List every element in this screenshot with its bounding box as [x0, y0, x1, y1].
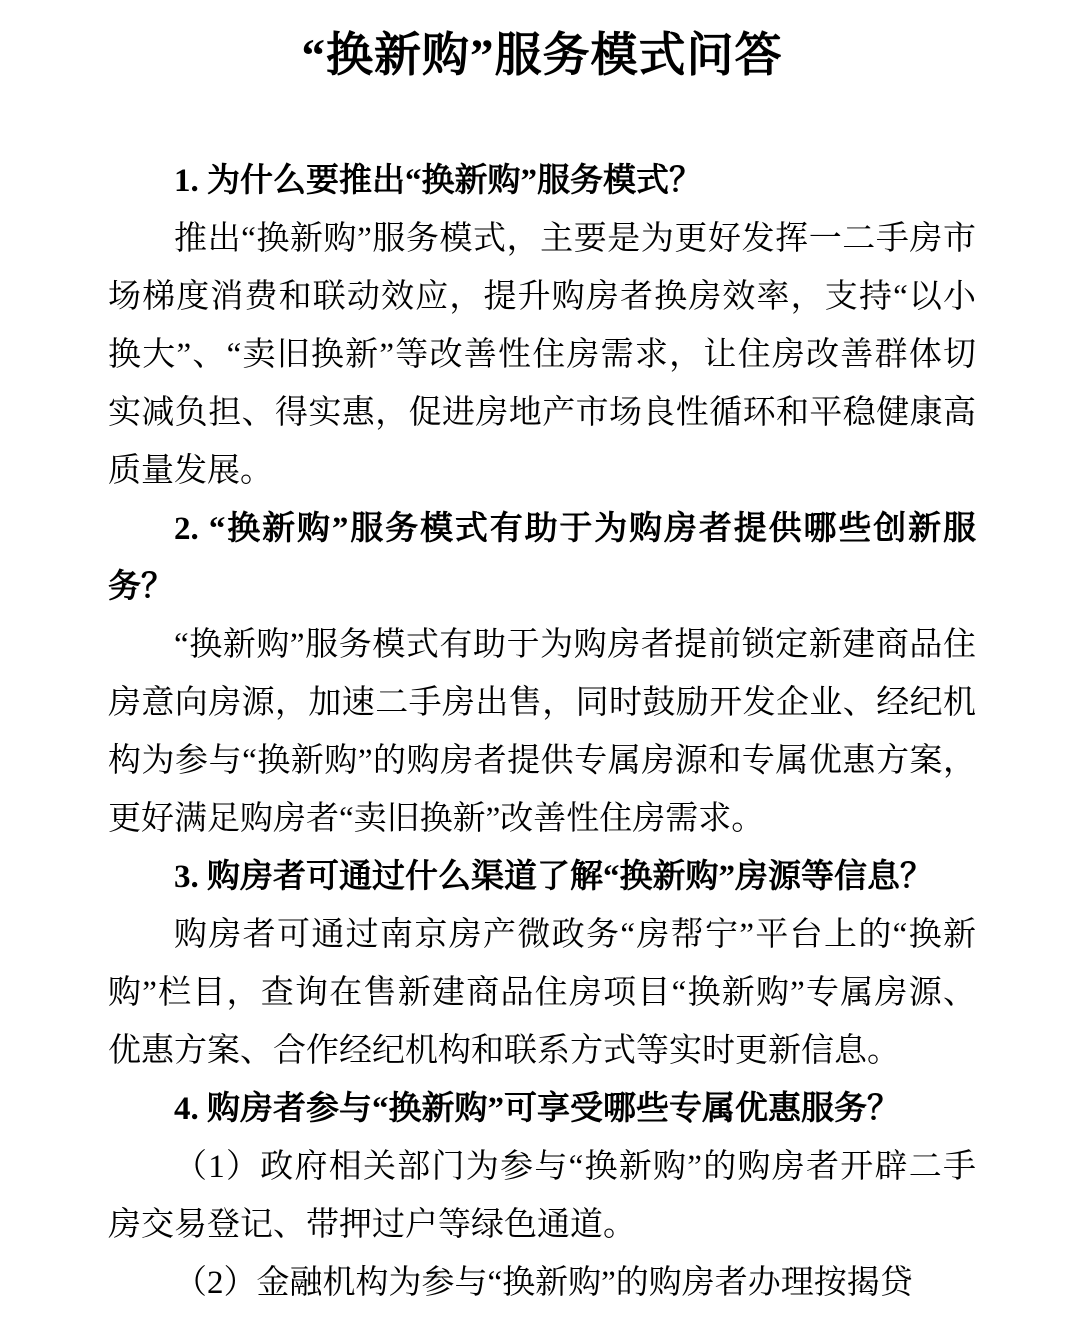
- answer-3: 购房者可通过南京房产微政务“房帮宁”平台上的“换新购”栏目，查询在售新建商品住房…: [108, 906, 976, 1080]
- question-4: 4. 购房者参与“换新购”可享受哪些专属优惠服务？: [108, 1080, 976, 1138]
- question-1: 1. 为什么要推出“换新购”服务模式？: [108, 152, 976, 210]
- question-2: 2. “换新购”服务模式有助于为购房者提供哪些创新服务？: [108, 500, 976, 616]
- answer-4-item-2: （2）金融机构为参与“换新购”的购房者办理按揭贷: [108, 1254, 976, 1312]
- question-3: 3. 购房者可通过什么渠道了解“换新购”房源等信息？: [108, 848, 976, 906]
- answer-2: “换新购”服务模式有助于为购房者提前锁定新建商品住房意向房源，加速二手房出售，同…: [108, 616, 976, 848]
- answer-1: 推出“换新购”服务模式，主要是为更好发挥一二手房市场梯度消费和联动效应，提升购房…: [108, 210, 976, 500]
- document-page: “换新购”服务模式问答 1. 为什么要推出“换新购”服务模式？ 推出“换新购”服…: [0, 0, 1080, 1328]
- document-title: “换新购”服务模式问答: [108, 24, 976, 88]
- answer-4-item-1: （1）政府相关部门为参与“换新购”的购房者开辟二手房交易登记、带押过户等绿色通道…: [108, 1138, 976, 1254]
